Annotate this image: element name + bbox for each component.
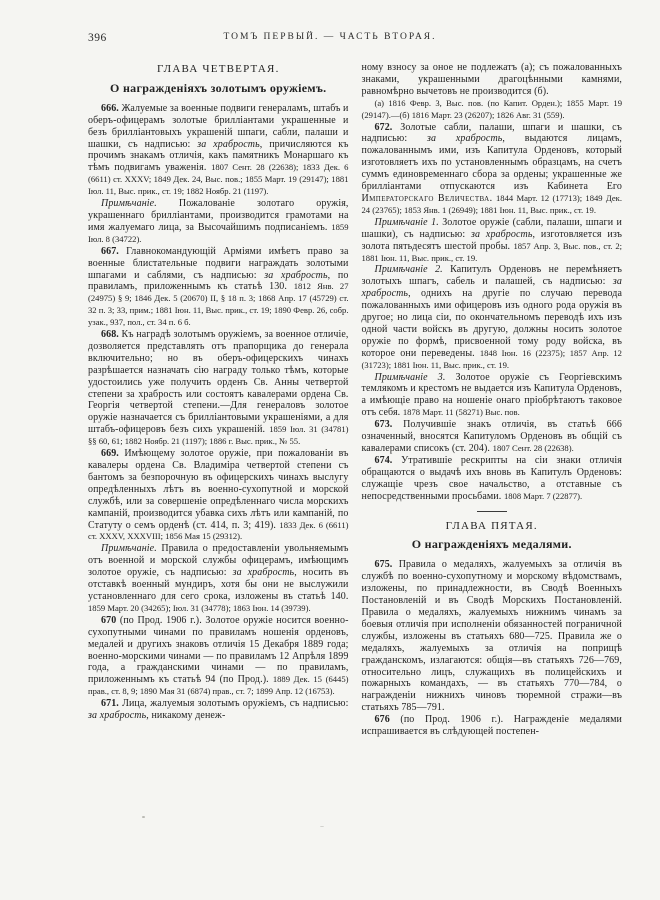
left-column-paragraphs: 666. Жалуемые за военные подвиги генерал…	[88, 103, 349, 722]
paragraph: Примѣчаніе 2. Капитулъ Орденовъ не перем…	[362, 264, 623, 371]
text-run: Утратившіе рескрипты на сіи знаки отличі…	[362, 455, 623, 502]
text-run: Примѣчаніе 2.	[375, 264, 443, 275]
text-run: 671.	[101, 698, 119, 709]
page-header: 396 ТОМЪ ПЕРВЫЙ. — ЧАСТЬ ВТОРАЯ.	[0, 32, 660, 52]
paragraph: Примѣчаніе. Пожалованіе золотаго оружія,…	[88, 198, 349, 246]
text-run: Примѣчаніе 1.	[375, 217, 439, 228]
text-run: 667.	[101, 246, 119, 257]
text-columns: ГЛАВА ЧЕТВЕРТАЯ. О награжденіяхъ золотым…	[88, 62, 622, 738]
paragraph: Примѣчаніе 3. Золотое оружіе съ Георгіев…	[362, 372, 623, 420]
text-run: (по Прод. 1906 г.). Награжденіе медалями…	[362, 714, 623, 737]
book-page-scan: 396 ТОМЪ ПЕРВЫЙ. — ЧАСТЬ ВТОРАЯ. ГЛАВА Ч…	[0, 0, 660, 900]
text-run: за храбрость	[197, 139, 260, 150]
text-run: 672.	[375, 122, 393, 133]
text-run: 670	[101, 615, 116, 626]
scan-speck	[142, 816, 145, 818]
text-run: 673.	[375, 419, 393, 430]
paragraph: 672. Золотые сабли, палаши, шпаги и шашк…	[362, 122, 623, 217]
section-divider	[477, 511, 507, 512]
text-run: 674.	[375, 455, 393, 466]
text-run: Правила о медаляхъ, жалуемыхъ за отличія…	[362, 559, 623, 713]
scan-speck	[320, 826, 324, 827]
text-run: 1808 Март. 7 (22877).	[504, 491, 582, 501]
text-run: 1807 Сент. 28 (22638).	[493, 443, 574, 453]
paragraph: ному взносу за оное не подлежатъ (а); съ…	[362, 62, 623, 98]
text-run: Къ наградѣ золотымъ оружіемъ, за военное…	[88, 329, 349, 435]
text-run: 675.	[375, 559, 393, 570]
paragraph: 670 (по Прод. 1906 г.). Золотое оружіе н…	[88, 615, 349, 698]
text-run: 669.	[101, 448, 119, 459]
text-run: 666.	[101, 103, 119, 114]
text-run: Имѣющему золотое оружіе, при пожалованіи…	[88, 448, 349, 530]
text-run: (а) 1816 Февр. 3, Выс. пов. (по Капит. О…	[362, 98, 623, 120]
paragraph: 668. Къ наградѣ золотымъ оружіемъ, за во…	[88, 329, 349, 448]
text-run: Императорскаго Величества	[362, 193, 490, 204]
text-run: 668.	[101, 329, 119, 340]
text-run: ному взносу за оное не подлежатъ (а); съ…	[362, 62, 623, 97]
paragraph: 667. Главнокомандующій Арміями имѣетъ пр…	[88, 246, 349, 329]
text-run: , никакому денеж-	[146, 710, 225, 721]
chapter-five-heading: ГЛАВА ПЯТАЯ.	[362, 521, 623, 533]
text-run: 1878 Март. 11 (58271) Выс. пов.	[403, 407, 520, 417]
left-column: ГЛАВА ЧЕТВЕРТАЯ. О награжденіяхъ золотым…	[88, 62, 349, 738]
text-run: за храбрость	[471, 229, 532, 240]
text-run: 1859 Март. 20 (34265); Іюл. 31 (34778); …	[88, 603, 311, 613]
text-run: за храбрость	[233, 567, 295, 578]
text-run: Лица, жалуемыя золотымъ оружіемъ, съ над…	[119, 698, 349, 709]
page-number: 396	[88, 32, 107, 44]
text-run: Примѣчаніе 3.	[375, 372, 446, 383]
right-column: ному взносу за оное не подлежатъ (а); съ…	[362, 62, 623, 738]
right-column-paragraphs-top: ному взносу за оное не подлежатъ (а); съ…	[362, 62, 623, 503]
text-run: Примѣчаніе.	[101, 198, 157, 209]
chapter-four-heading: ГЛАВА ЧЕТВЕРТАЯ.	[88, 64, 349, 76]
paragraph: Примѣчаніе 1. Золотое оружіе (сабли, пал…	[362, 217, 623, 265]
right-column-paragraphs-bottom: 675. Правила о медаляхъ, жалуемыхъ за от…	[362, 559, 623, 738]
paragraph: 671. Лица, жалуемыя золотымъ оружіемъ, с…	[88, 698, 349, 722]
paragraph: 666. Жалуемые за военные подвиги генерал…	[88, 103, 349, 198]
text-run: за храбрость	[427, 133, 502, 144]
text-run: Примѣчаніе.	[101, 543, 157, 554]
paragraph: (а) 1816 Февр. 3, Выс. пов. (по Капит. О…	[362, 98, 623, 122]
paragraph: 669. Имѣющему золотое оружіе, при пожало…	[88, 448, 349, 543]
paragraph: 673. Получившіе знакъ отличія, въ статьѣ…	[362, 419, 623, 455]
paragraph: 675. Правила о медаляхъ, жалуемыхъ за от…	[362, 559, 623, 714]
paragraph: Примѣчаніе. Правила о предоставленіи уво…	[88, 543, 349, 614]
chapter-five-subtitle: О награжденіяхъ медалями.	[362, 539, 623, 551]
chapter-four-subtitle: О награжденіяхъ золотымъ оружіемъ.	[88, 83, 349, 95]
text-run: за храбрость	[88, 710, 146, 721]
paragraph: 676 (по Прод. 1906 г.). Награжденіе меда…	[362, 714, 623, 738]
text-run: 676	[375, 714, 390, 725]
text-run: за храбрость	[264, 270, 327, 281]
paragraph: 674. Утратившіе рескрипты на сіи знаки о…	[362, 455, 623, 503]
